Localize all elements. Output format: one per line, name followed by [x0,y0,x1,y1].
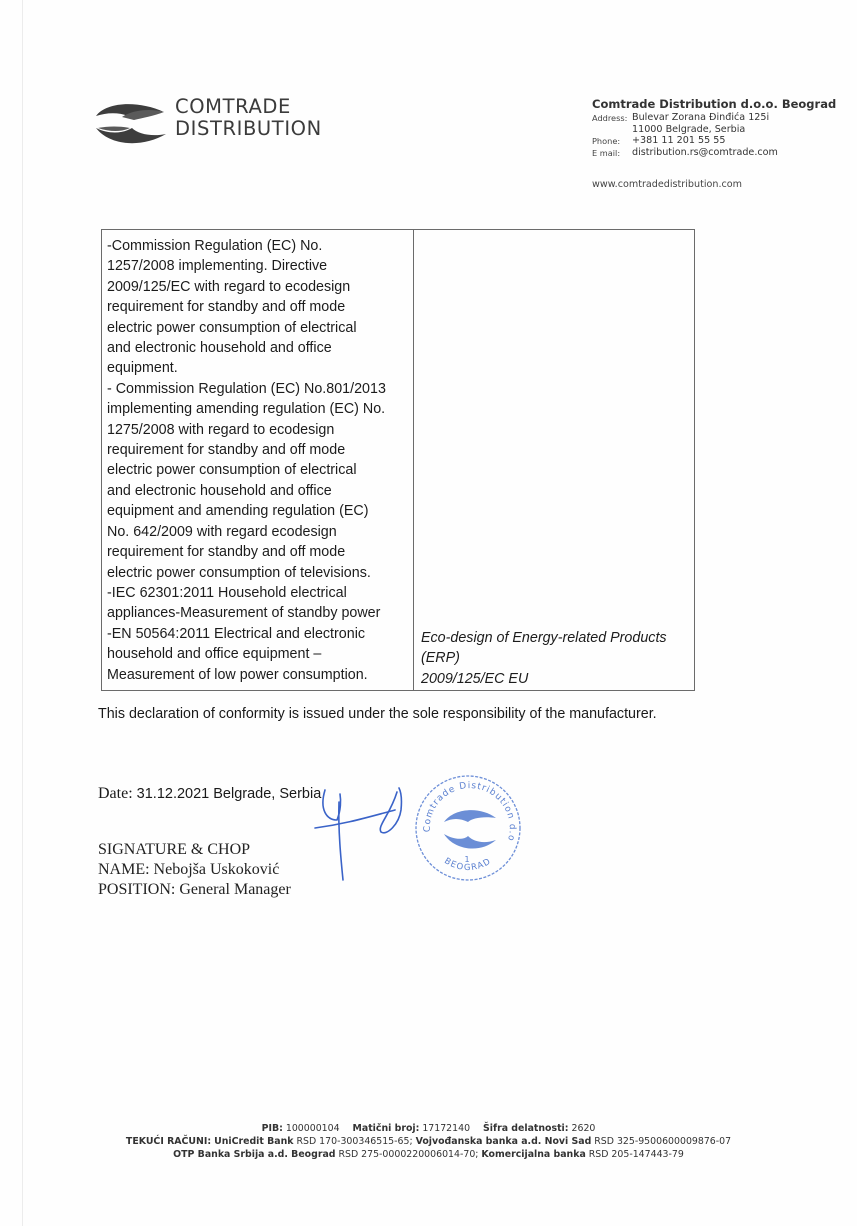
directive-text: Eco-design of Energy-related Products(ER… [421,628,667,689]
standard-line: requirement for standby and off mode [107,440,413,460]
comtrade-logo-icon [92,100,172,146]
footer-accounts: TEKUĆI RAČUNI: UniCredit Bank RSD 170-30… [0,1135,857,1148]
footer-accounts-2: OTP Banka Srbija a.d. Beograd RSD 275-00… [0,1148,857,1161]
svg-text:1: 1 [464,855,469,864]
standard-line: No. 642/2009 with regard ecodesign [107,522,413,542]
directive-cell: Eco-design of Energy-related Products(ER… [414,230,694,690]
company-logo: COMTRADE DISTRIBUTION [92,96,332,148]
signatory-position: POSITION: General Manager [98,880,291,900]
svg-text:Comtrade Distribution d.o.o. B: Comtrade Distribution d.o.o. Beograd [410,770,517,842]
standards-table: -Commission Regulation (EC) No.1257/2008… [101,229,695,691]
directive-line: Eco-design of Energy-related Products [421,628,667,648]
standard-line: Measurement of low power consumption. [107,665,413,685]
website: www.comtradedistribution.com [592,179,836,190]
date-line: Date: 31.12.2021 Belgrade, Serbia [98,785,321,803]
directive-line: 2009/125/EC EU [421,669,667,689]
company-stamp: Comtrade Distribution d.o.o. Beograd BEO… [410,770,525,885]
signatory-block: SIGNATURE & CHOP NAME: Nebojša Uskoković… [98,840,291,900]
standard-line: 1257/2008 implementing. Directive [107,256,413,276]
standard-line: and electronic household and office [107,481,413,501]
phone-number: +381 11 201 55 55 [632,135,725,147]
declaration-page: COMTRADE DISTRIBUTION Comtrade Distribut… [0,0,857,1226]
company-info: Comtrade Distribution d.o.o. Beograd Add… [592,97,836,190]
date-value: 31.12.2021 Belgrade, Serbia [137,786,322,802]
footer-registration: PIB: 100000104 Matični broj: 17172140 Ši… [0,1122,857,1135]
standard-line: electric power consumption of electrical [107,318,413,338]
standard-line: household and office equipment – [107,644,413,664]
date-label: Date: [98,785,137,802]
standard-line: implementing amending regulation (EC) No… [107,399,413,419]
address-label: Address: [592,112,632,124]
signatory-name: NAME: Nebojša Uskoković [98,860,291,880]
phone-label: Phone: [592,135,632,147]
standard-line: 2009/125/EC with regard to ecodesign [107,277,413,297]
logo-line1: COMTRADE [175,96,322,118]
handwritten-signature [305,780,425,890]
standards-list: -Commission Regulation (EC) No.1257/2008… [107,236,413,685]
standard-line: and electronic household and office [107,338,413,358]
standard-line: -Commission Regulation (EC) No. [107,236,413,256]
scan-edge [22,0,23,1226]
standard-line: - Commission Regulation (EC) No.801/2013 [107,379,413,399]
signature-chop-label: SIGNATURE & CHOP [98,840,291,860]
email-address: distribution.rs@comtrade.com [632,147,778,159]
standard-line: -IEC 62301:2011 Household electrical [107,583,413,603]
standard-line: equipment and amending regulation (EC) [107,501,413,521]
directive-line: (ERP) [421,648,667,668]
standard-line: electric power consumption of electrical [107,460,413,480]
email-label: E mail: [592,147,632,159]
address-line2: 11000 Belgrade, Serbia [632,124,745,135]
standard-line: electric power consumption of television… [107,563,413,583]
standards-cell: -Commission Regulation (EC) No.1257/2008… [102,230,414,690]
declaration-statement: This declaration of conformity is issued… [98,706,657,722]
logo-line2: DISTRIBUTION [175,118,322,140]
standard-line: appliances-Measurement of standby power [107,603,413,623]
standard-line: -EN 50564:2011 Electrical and electronic [107,624,413,644]
address-line1: Bulevar Zorana Đinđića 125i [632,112,769,124]
standard-line: equipment. [107,358,413,378]
standard-line: requirement for standby and off mode [107,542,413,562]
company-name: Comtrade Distribution d.o.o. Beograd [592,97,836,112]
footer: PIB: 100000104 Matični broj: 17172140 Ši… [0,1122,857,1161]
standard-line: 1275/2008 with regard to ecodesign [107,420,413,440]
standard-line: requirement for standby and off mode [107,297,413,317]
